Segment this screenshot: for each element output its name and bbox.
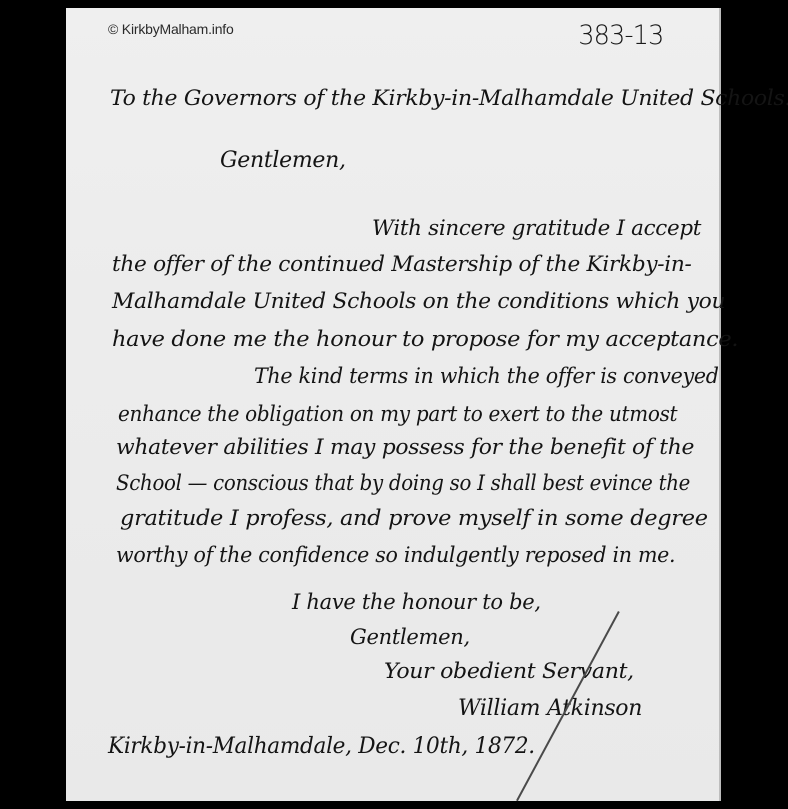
address-line: To the Governors of the Kirkby-in-Malham… [110,86,788,111]
salutation: Gentlemen, [220,148,346,173]
body-line-1: With sincere gratitude I accept [372,216,701,240]
copyright-watermark: © KirkbyMalham.info [108,21,234,37]
body-line-4: have done me the honour to propose for m… [112,327,738,351]
letter-page: © KirkbyMalham.info 383-13 To the Govern… [66,8,721,801]
body-line-8: School — conscious that by doing so I sh… [116,471,690,495]
archive-reference-number: 383-13 [578,20,663,51]
body-line-10: worthy of the confidence so indulgently … [116,543,675,567]
body-line-3: Malhamdale United Schools on the conditi… [112,289,725,313]
closing-line-3: Your obedient Servant, [384,659,634,683]
body-line-5: The kind terms in which the offer is con… [254,364,719,388]
closing-line-1: I have the honour to be, [292,590,541,614]
body-line-2: the offer of the continued Mastership of… [112,252,692,276]
signature: William Atkinson [458,696,642,721]
body-line-9: gratitude I profess, and prove myself in… [120,506,708,530]
closing-line-2: Gentlemen, [350,625,470,649]
place-and-date: Kirkby-in-Malhamdale, Dec. 10th, 1872. [108,734,535,759]
body-line-7: whatever abilities I may possess for the… [116,435,694,459]
body-line-6: enhance the obligation on my part to exe… [118,402,677,426]
